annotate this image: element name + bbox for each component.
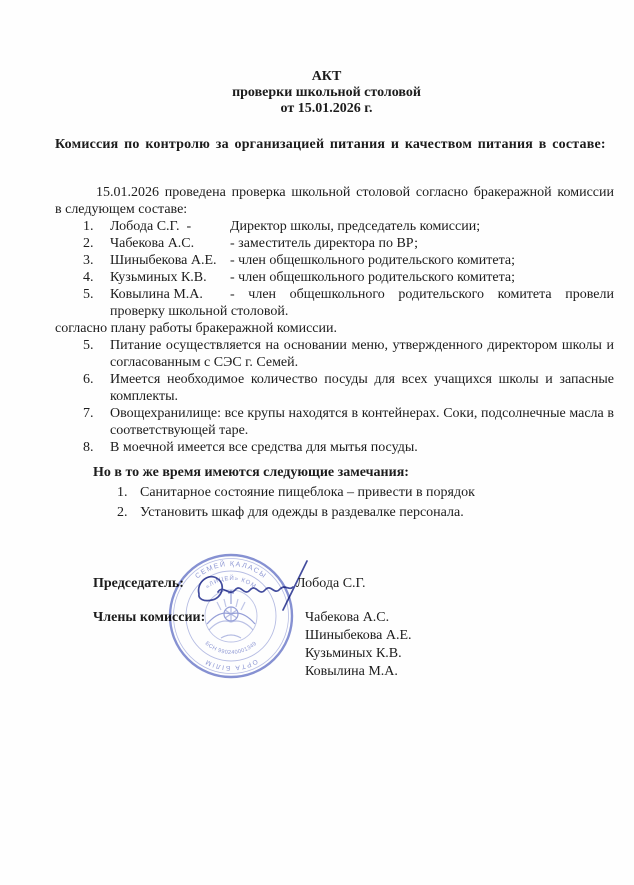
intro-paragraph-line2: в следующем составе: (55, 201, 614, 218)
finding-number: 6. (83, 371, 110, 405)
commission-row: 5. Ковылина М.А. - член общешкольного ро… (55, 286, 614, 303)
member-number: 2. (83, 235, 110, 252)
remark-number: 1. (117, 483, 140, 503)
member-role: - член общешкольного родительского комит… (230, 252, 614, 269)
finding-text: Овощехранилище: все крупы находятся в ко… (110, 405, 614, 439)
commission-row: 2. Чабекова А.С. - заместитель директора… (55, 235, 614, 252)
finding-text: В моечной имеется все средства для мытья… (110, 439, 614, 456)
member-name: Ковылина М.А. (110, 286, 230, 303)
signature-squiggle (218, 587, 293, 592)
member-role: - член общешкольного родительского комит… (230, 286, 614, 303)
member-role: Директор школы, председатель комиссии; (230, 218, 614, 235)
finding-number: 7. (83, 405, 110, 439)
svg-text:БСН 990240001349: БСН 990240001349 (204, 641, 259, 656)
member-number: 1. (83, 218, 110, 235)
member-role: - заместитель директора по ВР; (230, 235, 614, 252)
emblem-base (221, 635, 241, 638)
member-name: Чабекова А.С. (110, 235, 230, 252)
commission-heading: Комиссия по контролю за организацией пит… (55, 136, 614, 153)
handwritten-signature (183, 556, 313, 614)
intro-paragraph-line1: 15.01.2026 проведена проверка школьной с… (55, 184, 614, 201)
member-name: Кузьминых К.В. (110, 269, 230, 286)
finding-number: 5. (83, 337, 110, 371)
member-number: 5. (83, 286, 110, 303)
commission-list: 1. Лобода С.Г. - Директор школы, председ… (55, 218, 614, 320)
commission-row: 1. Лобода С.Г. - Директор школы, председ… (55, 218, 614, 235)
remark-row: 2. Установить шкаф для одежды в раздевал… (55, 503, 614, 523)
title-line-1: АКТ (55, 69, 598, 85)
finding-text: Имеется необходимое количество посуды дл… (110, 371, 614, 405)
finding-number: 8. (83, 439, 110, 456)
signature-name: Ковылина М.А. (305, 663, 412, 681)
member-signature-names: Чабекова А.С. Шиныбекова А.Е. Кузьминых … (305, 609, 412, 681)
remarks-heading: Но в то же время имеются следующие замеч… (93, 464, 614, 481)
member-name: Шиныбекова А.Е. (110, 252, 230, 269)
member-role: - член общешкольного родительского комит… (230, 269, 614, 286)
title-line-3: от 15.01.2026 г. (55, 101, 598, 117)
findings-list: 5. Питание осуществляется на основании м… (55, 337, 614, 456)
svg-text:ОРТА БІЛІМ: ОРТА БІЛІМ (203, 657, 258, 671)
remark-text: Установить шкаф для одежды в раздевалке … (140, 503, 464, 523)
stamp-bin-text: БСН 990240001349 (204, 641, 259, 656)
document-title: АКТ проверки школьной столовой от 15.01.… (55, 69, 614, 117)
finding-row: 7. Овощехранилище: все крупы находятся в… (55, 405, 614, 439)
remark-row: 1. Санитарное состояние пищеблока – прив… (55, 483, 614, 503)
commission-item5-continuation: проверку школьной столовой. (55, 303, 614, 320)
document-page: АКТ проверки школьной столовой от 15.01.… (0, 0, 634, 885)
title-line-2: проверки школьной столовой (55, 85, 598, 101)
signature-name: Шиныбекова А.Е. (305, 627, 412, 645)
member-name: Лобода С.Г. - (110, 218, 230, 235)
stamp-ring-bottom-text: ОРТА БІЛІМ (203, 657, 258, 671)
signature-initial-loop (199, 577, 223, 601)
finding-row: 5. Питание осуществляется на основании м… (55, 337, 614, 371)
remarks-list: 1. Санитарное состояние пищеблока – прив… (55, 483, 614, 523)
finding-text: Питание осуществляется на основании меню… (110, 337, 614, 371)
member-number: 4. (83, 269, 110, 286)
finding-row: 8. В моечной имеется все средства для мы… (55, 439, 614, 456)
member-number: 3. (83, 252, 110, 269)
signature-name: Кузьминых К.В. (305, 645, 412, 663)
signature-name: Чабекова А.С. (305, 609, 412, 627)
remark-number: 2. (117, 503, 140, 523)
signature-slash (283, 561, 307, 610)
commission-row: 3. Шиныбекова А.Е. - член общешкольного … (55, 252, 614, 269)
remark-text: Санитарное состояние пищеблока – привест… (140, 483, 475, 503)
commission-row: 4. Кузьминых К.В. - член общешкольного р… (55, 269, 614, 286)
plan-line: согласно плану работы бракеражной комисс… (55, 320, 614, 337)
finding-row: 6. Имеется необходимое количество посуды… (55, 371, 614, 405)
